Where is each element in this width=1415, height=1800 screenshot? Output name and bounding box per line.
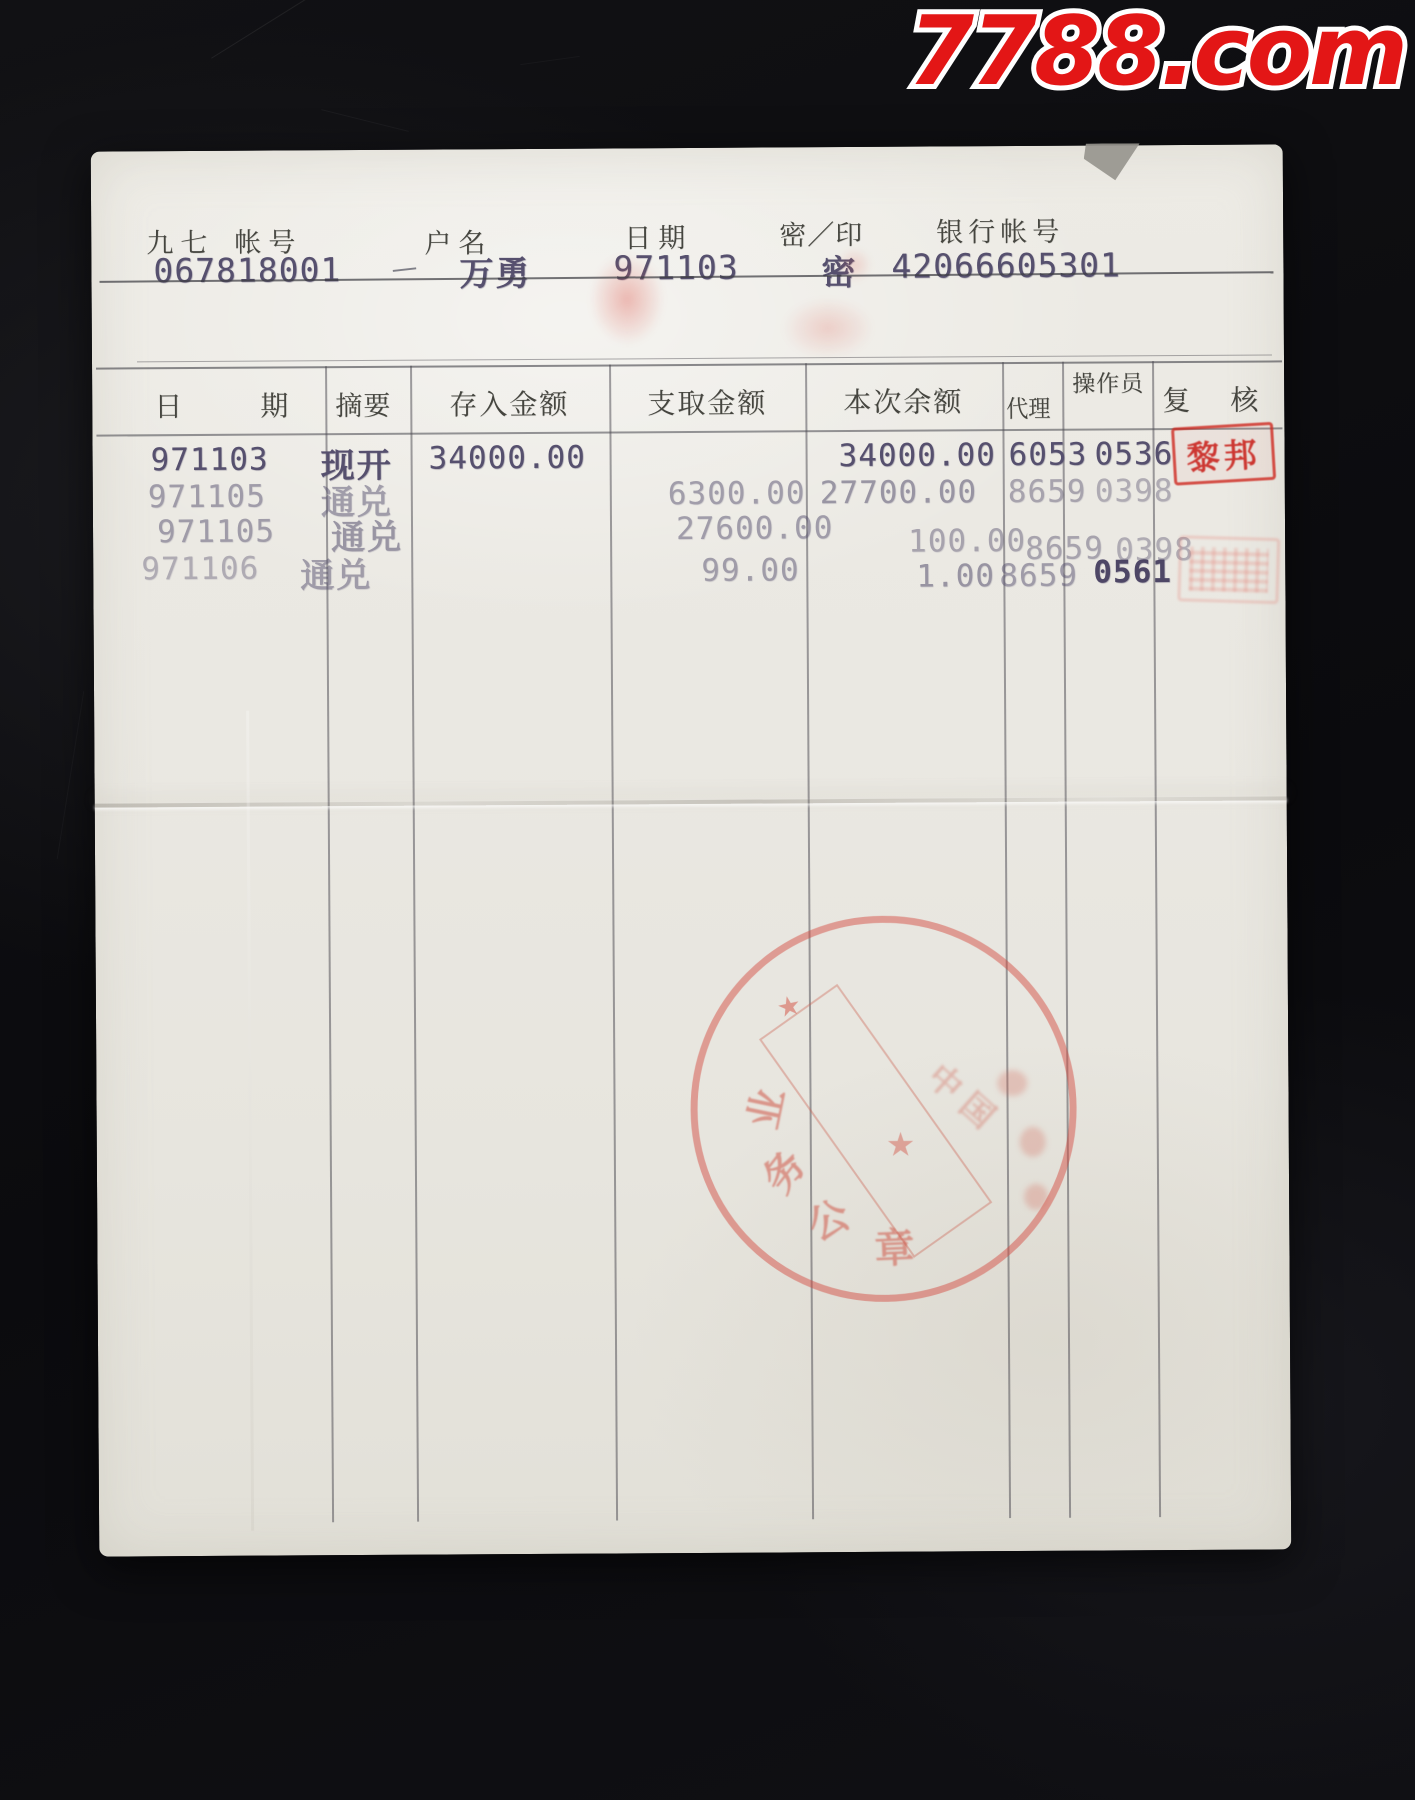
background-scratch (57, 691, 85, 859)
cell-date: 971105 (157, 514, 275, 551)
card-corner-notch (1084, 143, 1140, 183)
background-scratch (211, 0, 339, 59)
cell-balance: 100.00 (908, 523, 1026, 560)
seal-bottom-char: 务 (747, 1137, 817, 1203)
site-watermark: 7788.com (905, 0, 1415, 110)
col-header-operator: 操作员 (1067, 371, 1149, 399)
cell-operator: 0561 (1093, 554, 1172, 590)
col-header-withdraw: 支取金额 (647, 382, 767, 423)
faded-stamp-marks (1189, 547, 1269, 593)
background-scratch (321, 109, 409, 132)
cell-balance: 34000.00 (838, 437, 996, 474)
col-header-memo: 摘要 (335, 384, 391, 423)
col-header-balance: 本次余额 (843, 380, 963, 421)
cell-withdraw: 99.00 (701, 552, 800, 589)
cell-date: 971103 (150, 442, 268, 479)
cell-agent: 8659 (1008, 474, 1087, 510)
bank-account-label: 银行帐号 (936, 210, 1064, 250)
cell-date: 971106 (141, 551, 259, 588)
seal-bottom-char: 业 (732, 1083, 796, 1134)
cell-memo: 通兑 (300, 548, 372, 597)
account-number-value: 067818001 (153, 250, 341, 290)
col-header-deposit: 存入金额 (449, 383, 569, 424)
column-divider-line (410, 366, 419, 1522)
background-scratch (520, 56, 580, 65)
cell-withdraw: 6300.00 (668, 475, 806, 512)
table-header-bottom-line (96, 427, 1282, 436)
cell-date: 971105 (148, 479, 266, 516)
col-header-review: 复核 (1162, 378, 1298, 419)
cell-withdraw: 27600.00 (676, 510, 834, 547)
cell-operator: 0398 (1095, 473, 1174, 509)
faded-red-stamp (1177, 535, 1280, 604)
col-header-agent: 代理 (1006, 389, 1050, 424)
seal-bottom-char: 章 (873, 1216, 915, 1275)
cell-balance: 27700.00 (820, 474, 978, 511)
seal-star-icon: ★ (774, 989, 804, 1024)
column-divider-line (609, 364, 618, 1520)
bank-account-value: 42066605301 (891, 245, 1121, 285)
cell-agent: 6053 (1008, 437, 1087, 473)
vertical-crease (246, 711, 254, 1531)
seal-faded-mark (1024, 1184, 1048, 1210)
reviewer-name-stamp: 黎邦 (1171, 422, 1276, 486)
photo-background: 7788.com 九七 帐号 户名 日期 密／印 银行帐号 067818001 … (0, 0, 1415, 1800)
round-official-seal: ★ ★ 中国 业 务 公 章 (689, 915, 1077, 1303)
watermark-text: 7788.com (908, 0, 1405, 107)
seal-faded-mark (1020, 1127, 1046, 1157)
cell-balance: 1.00 (916, 558, 995, 594)
fold-crease (95, 796, 1287, 807)
cell-operator: 0536 (1094, 436, 1173, 472)
holder-name-value: 万勇 (459, 246, 531, 295)
red-ink-smudge (589, 253, 665, 345)
red-ink-smudge (836, 247, 872, 283)
cell-agent: 8659 (999, 558, 1078, 594)
seal-bottom-char: 公 (797, 1183, 858, 1252)
seal-star-icon: ★ (886, 1125, 916, 1164)
seal-faded-mark (997, 1070, 1027, 1096)
red-ink-smudge (782, 297, 874, 360)
passbook-card: 九七 帐号 户名 日期 密／印 银行帐号 067818001 — 万勇 9711… (91, 144, 1292, 1556)
cell-deposit: 34000.00 (428, 440, 586, 477)
